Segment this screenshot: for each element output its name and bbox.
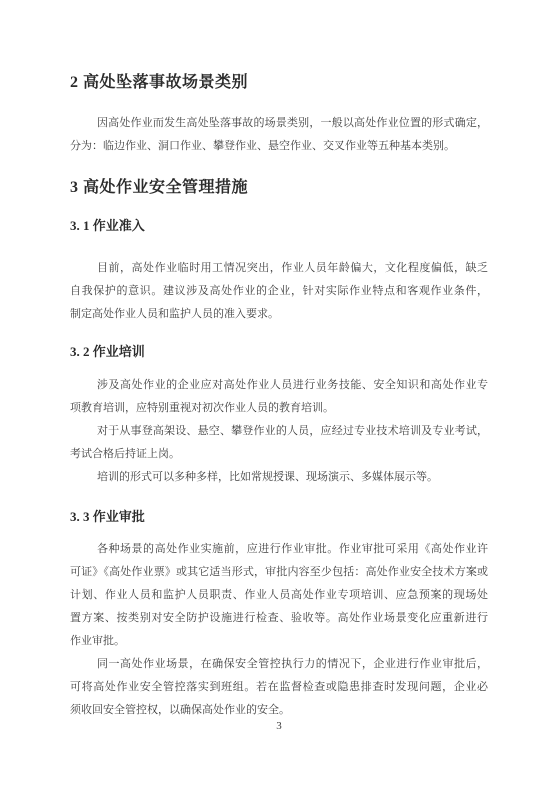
text-line: 各种场景的高处作业实施前，应进行作业审批。作业审批可采用《高处作业许 xyxy=(70,538,488,561)
paragraph-training-1: 涉及高处作业的企业应对高处作业人员进行业务技能、安全知识和高处作业专 项教育培训… xyxy=(70,374,488,420)
paragraph-work-admittance: 目前，高处作业临时用工情况突出，作业人员年龄偏大，文化程度偏低，缺乏 自我保护的… xyxy=(70,257,488,326)
text-line: 涉及高处作业的企业应对高处作业人员进行业务技能、安全知识和高处作业专 xyxy=(70,374,488,397)
paragraph-training-3: 培训的形式可以多种多样，比如常规授课、现场演示、多媒体展示等。 xyxy=(70,466,488,489)
paragraph-training-2: 对于从事登高架设、悬空、攀登作业的人员，应经过专业技术培训及专业考试， 考试合格… xyxy=(70,420,488,466)
text-line: 同一高处作业场景，在确保安全管控执行力的情况下，企业进行作业审批后， xyxy=(70,653,488,676)
text-line: 自我保护的意识。建议涉及高处作业的企业，针对实际作业特点和客观作业条件， xyxy=(70,280,488,303)
text-line: 因高处作业而发生高处坠落事故的场景类别，一般以高处作业位置的形式确定， xyxy=(70,112,488,135)
text-line: 项教育培训，应特别重视对初次作业人员的教育培训。 xyxy=(70,397,488,420)
paragraph-approval-1: 各种场景的高处作业实施前，应进行作业审批。作业审批可采用《高处作业许 可证》《高… xyxy=(70,538,488,653)
paragraph-fall-scenes: 因高处作业而发生高处坠落事故的场景类别，一般以高处作业位置的形式确定， 分为：临… xyxy=(70,112,488,158)
paragraph-approval-2: 同一高处作业场景，在确保安全管控执行力的情况下，企业进行作业审批后， 可将高处作… xyxy=(70,653,488,722)
section-heading-safety-management: 3 高处作业安全管理措施 xyxy=(70,176,488,199)
text-line: 作业审批。 xyxy=(70,630,488,653)
text-line: 目前，高处作业临时用工情况突出，作业人员年龄偏大，文化程度偏低，缺乏 xyxy=(70,257,488,280)
page-number: 3 xyxy=(70,719,488,733)
text-line: 考试合格后持证上岗。 xyxy=(70,443,488,466)
text-line: 制定高处作业人员和监护人员的准入要求。 xyxy=(70,303,488,326)
subsection-heading-work-approval: 3. 3 作业审批 xyxy=(70,505,488,528)
text-line: 培训的形式可以多种多样，比如常规授课、现场演示、多媒体展示等。 xyxy=(70,466,488,489)
text-line: 可证》《高处作业票》或其它适当形式，审批内容至少包括：高处作业安全技术方案或 xyxy=(70,561,488,584)
text-line: 计划、作业人员和监护人员职责、作业人员高处作业专项培训、应急预案的现场处 xyxy=(70,584,488,607)
text-line: 分为：临边作业、洞口作业、攀登作业、悬空作业、交叉作业等五种基本类别。 xyxy=(70,135,488,158)
text-line: 置方案、按类别对安全防护设施进行检查、验收等。高处作业场景变化应重新进行 xyxy=(70,607,488,630)
document-content: 2 高处坠落事故场景类别 因高处作业而发生高处坠落事故的场景类别，一般以高处作业… xyxy=(70,0,488,722)
section-heading-fall-scenes: 2 高处坠落事故场景类别 xyxy=(70,71,488,94)
subsection-heading-work-training: 3. 2 作业培训 xyxy=(70,340,488,363)
document-page: 2 高处坠落事故场景类别 因高处作业而发生高处坠落事故的场景类别，一般以高处作业… xyxy=(0,0,560,790)
text-line: 可将高处作业安全管控落实到班组。若在监督检查或隐患排查时发现问题，企业必 xyxy=(70,676,488,699)
subsection-heading-work-admittance: 3. 1 作业准入 xyxy=(70,214,488,237)
text-line: 对于从事登高架设、悬空、攀登作业的人员，应经过专业技术培训及专业考试， xyxy=(70,420,488,443)
